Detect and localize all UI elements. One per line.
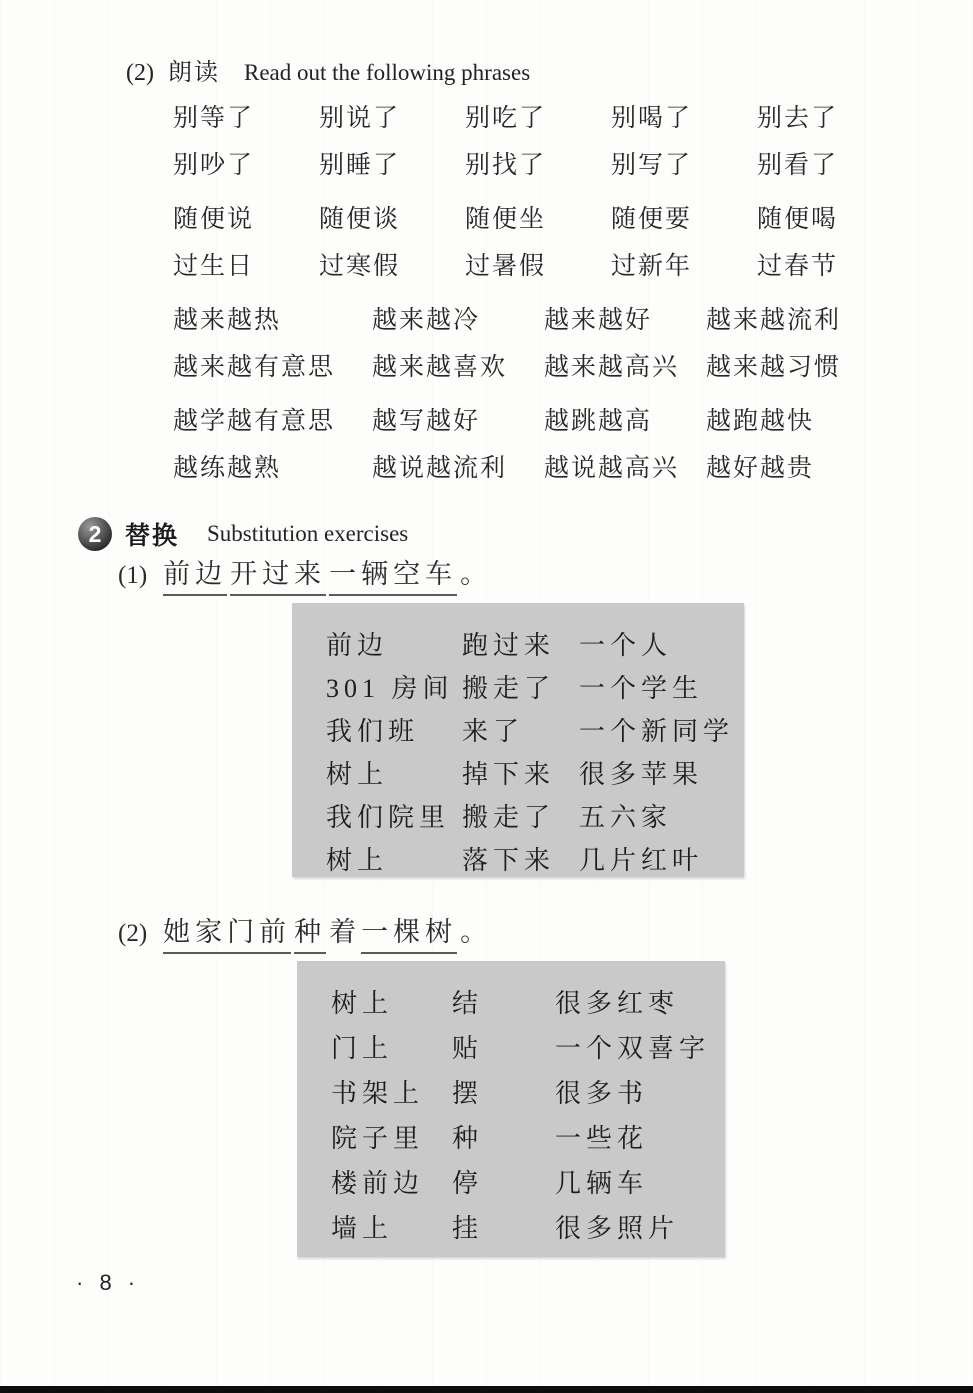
table-cell: 跑过来 <box>462 625 579 662</box>
phrase: 越好越贵 <box>706 448 933 484</box>
table-row: 门上贴一个双喜字 <box>297 1028 725 1073</box>
phrase: 别找了 <box>465 145 611 181</box>
table-row: 墙上挂很多照片 <box>297 1208 725 1253</box>
substitution-table: 前边跑过来一个人301 房间搬走了一个学生我们班来了一个新同学树上掉下来很多苹果… <box>292 603 744 877</box>
table-cell: 院子里 <box>331 1118 452 1155</box>
table-cell: 楼前边 <box>331 1163 452 1200</box>
table-cell: 种 <box>452 1118 555 1155</box>
table-cell: 书架上 <box>331 1073 452 1110</box>
phrase-group-1: 别等了别说了别吃了别喝了别去了别吵了别睡了别找了别写了别看了 <box>173 98 933 192</box>
phrase: 随便说 <box>173 199 319 235</box>
table-cell: 停 <box>452 1163 555 1200</box>
phrase: 别写了 <box>611 145 757 181</box>
table-cell: 一个双喜字 <box>555 1028 725 1065</box>
phrase-row: 随便说随便谈随便坐随便要随便喝 <box>173 199 933 246</box>
table-row: 树上掉下来很多苹果 <box>292 754 744 797</box>
phrase: 越学越有意思 <box>173 401 372 437</box>
sentence-part: 。 <box>460 559 492 589</box>
phrase: 别看了 <box>757 145 933 181</box>
section-number-badge: 2 <box>78 517 112 551</box>
phrase-row: 越练越熟越说越流利越说越高兴越好越贵 <box>173 448 933 495</box>
table-row: 前边跑过来一个人 <box>292 625 744 668</box>
table-cell: 树上 <box>326 754 462 791</box>
exercise-sentence: 她家门前种着一棵树。 <box>163 917 492 947</box>
table-row: 院子里种一些花 <box>297 1118 725 1163</box>
phrase-row: 别吵了别睡了别找了别写了别看了 <box>173 145 933 192</box>
phrase: 越说越流利 <box>372 448 544 484</box>
sentence-part-underlined: 前边 <box>163 559 227 596</box>
phrase: 越写越好 <box>372 401 544 437</box>
sentence-part-underlined: 种 <box>294 917 326 954</box>
phrase: 别说了 <box>319 98 465 134</box>
phrase: 越练越熟 <box>173 448 372 484</box>
phrase: 越来越喜欢 <box>372 347 544 383</box>
table-cell: 墙上 <box>331 1208 452 1245</box>
table-cell: 摆 <box>452 1073 555 1110</box>
table-cell: 一个新同学 <box>579 711 744 748</box>
table-row: 树上落下来几片红叶 <box>292 840 744 883</box>
phrase-row: 越来越有意思越来越喜欢越来越高兴越来越习惯 <box>173 347 933 394</box>
table-cell: 一个人 <box>579 625 744 662</box>
sentence-part-underlined: 一辆空车 <box>329 559 457 596</box>
sentence-part-underlined: 她家门前 <box>163 917 291 954</box>
table-cell: 树上 <box>331 983 452 1020</box>
reading-section-number: (2) <box>126 60 154 86</box>
substitution-title-chinese: 替换 <box>125 516 179 552</box>
table-cell: 我们班 <box>326 711 462 748</box>
exercise-sentence: 前边开过来一辆空车。 <box>163 559 492 589</box>
phrase: 别等了 <box>173 98 319 134</box>
phrase: 越来越高兴 <box>544 347 706 383</box>
table-cell: 门上 <box>331 1028 452 1065</box>
table-cell: 很多红枣 <box>555 983 725 1020</box>
page-number: · 8 · <box>76 1270 140 1296</box>
table-cell: 五六家 <box>579 797 744 834</box>
reading-title-chinese: 朗读 <box>168 60 220 86</box>
exercise-number: (1) <box>118 562 147 589</box>
table-cell: 很多书 <box>555 1073 725 1110</box>
phrase: 越来越热 <box>173 300 372 336</box>
phrase: 越来越冷 <box>372 300 544 336</box>
exercise-sentence-line: (2)她家门前种着一棵树。 <box>118 910 492 949</box>
table-cell: 搬走了 <box>462 797 579 834</box>
table-row: 树上结很多红枣 <box>297 983 725 1028</box>
table-cell: 树上 <box>326 840 462 877</box>
phrase: 过春节 <box>757 246 933 282</box>
phrase: 越说越高兴 <box>544 448 706 484</box>
phrase: 过暑假 <box>465 246 611 282</box>
phrase-row: 越学越有意思越写越好越跳越高越跑越快 <box>173 401 933 448</box>
table-cell: 301 房间 <box>326 668 462 705</box>
phrase-row: 过生日过寒假过暑假过新年过春节 <box>173 246 933 293</box>
substitution-table: 树上结很多红枣门上贴一个双喜字书架上摆很多书院子里种一些花楼前边停几辆车墙上挂很… <box>297 961 725 1257</box>
table-row: 我们院里搬走了五六家 <box>292 797 744 840</box>
sentence-part: 。 <box>460 917 492 947</box>
table-cell: 前边 <box>326 625 462 662</box>
phrase-groups: 别等了别说了别吃了别喝了别去了别吵了别睡了别找了别写了别看了随便说随便谈随便坐随… <box>173 98 933 495</box>
table-cell: 几辆车 <box>555 1163 725 1200</box>
table-cell: 落下来 <box>462 840 579 877</box>
textbook-page: (2)朗读Read out the following phrases 别等了别… <box>0 0 973 1393</box>
table-cell: 搬走了 <box>462 668 579 705</box>
table-cell: 结 <box>452 983 555 1020</box>
table-row: 301 房间搬走了一个学生 <box>292 668 744 711</box>
table-cell: 挂 <box>452 1208 555 1245</box>
phrase-row: 越来越热越来越冷越来越好越来越流利 <box>173 300 933 347</box>
phrase: 过寒假 <box>319 246 465 282</box>
substitution-title-english: Substitution exercises <box>207 521 408 547</box>
exercise-number: (2) <box>118 920 147 947</box>
table-cell: 掉下来 <box>462 754 579 791</box>
page-bottom-edge <box>0 1386 973 1393</box>
table-cell: 我们院里 <box>326 797 462 834</box>
substitution-section-header: 2 替换 Substitution exercises <box>78 516 408 552</box>
table-row: 我们班来了一个新同学 <box>292 711 744 754</box>
phrase: 越来越有意思 <box>173 347 372 383</box>
table-cell: 很多苹果 <box>579 754 744 791</box>
table-cell: 一些花 <box>555 1118 725 1155</box>
reading-title-english: Read out the following phrases <box>244 60 530 85</box>
phrase-group-4: 越学越有意思越写越好越跳越高越跑越快越练越熟越说越流利越说越高兴越好越贵 <box>173 401 933 495</box>
phrase: 随便坐 <box>465 199 611 235</box>
phrase: 越来越好 <box>544 300 706 336</box>
phrase: 别去了 <box>757 98 933 134</box>
reading-section-title: (2)朗读Read out the following phrases <box>126 52 530 87</box>
phrase: 越来越流利 <box>706 300 933 336</box>
phrase: 越跳越高 <box>544 401 706 437</box>
table-cell: 很多照片 <box>555 1208 725 1245</box>
phrase: 别吵了 <box>173 145 319 181</box>
table-cell: 贴 <box>452 1028 555 1065</box>
phrase: 过新年 <box>611 246 757 282</box>
table-row: 书架上摆很多书 <box>297 1073 725 1118</box>
phrase: 别喝了 <box>611 98 757 134</box>
exercise-sentence-line: (1)前边开过来一辆空车。 <box>118 552 492 591</box>
phrase: 别睡了 <box>319 145 465 181</box>
sentence-part: 着 <box>329 917 361 947</box>
phrase: 随便谈 <box>319 199 465 235</box>
phrase-row: 别等了别说了别吃了别喝了别去了 <box>173 98 933 145</box>
phrase: 随便喝 <box>757 199 933 235</box>
phrase-group-3: 越来越热越来越冷越来越好越来越流利越来越有意思越来越喜欢越来越高兴越来越习惯 <box>173 300 933 394</box>
table-cell: 一个学生 <box>579 668 744 705</box>
phrase: 越跑越快 <box>706 401 933 437</box>
sentence-part-underlined: 一棵树 <box>361 917 457 954</box>
table-cell: 来了 <box>462 711 579 748</box>
phrase-group-2: 随便说随便谈随便坐随便要随便喝过生日过寒假过暑假过新年过春节 <box>173 199 933 293</box>
table-cell: 几片红叶 <box>579 840 744 877</box>
sentence-part-underlined: 开过来 <box>230 559 326 596</box>
table-row: 楼前边停几辆车 <box>297 1163 725 1208</box>
phrase: 过生日 <box>173 246 319 282</box>
phrase: 别吃了 <box>465 98 611 134</box>
phrase: 越来越习惯 <box>706 347 933 383</box>
phrase: 随便要 <box>611 199 757 235</box>
